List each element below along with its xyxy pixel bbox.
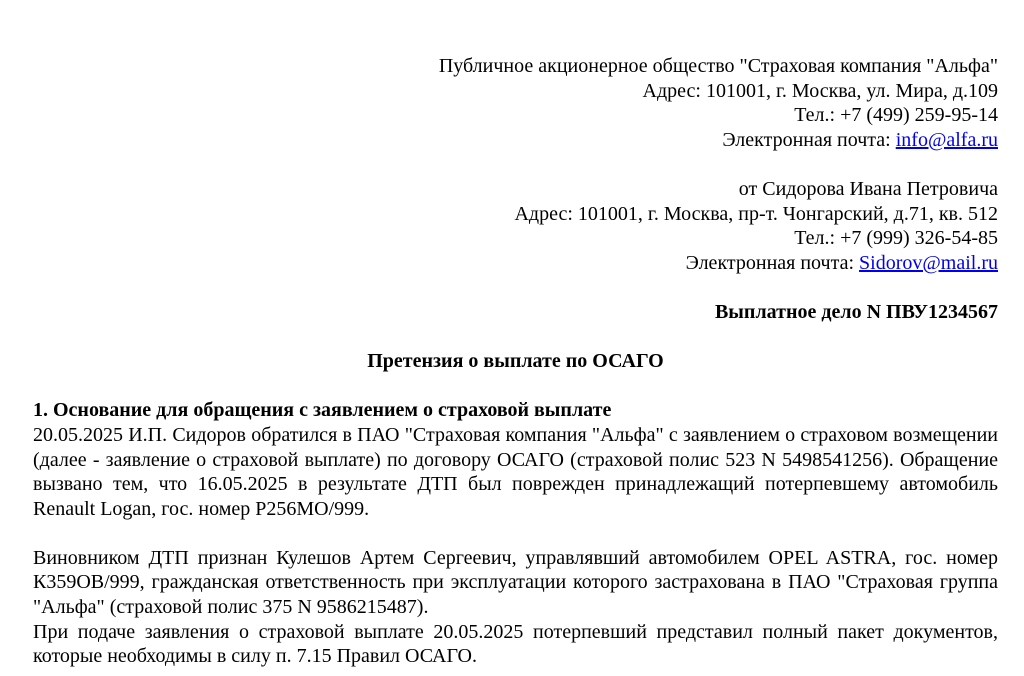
sender-email-link[interactable]: Sidorov@mail.ru: [859, 252, 998, 274]
recipient-name: Публичное акционерное общество "Страхова…: [33, 54, 998, 79]
sender-name: от Сидорова Ивана Петровича: [33, 177, 998, 202]
section-paragraph: 20.05.2025 И.П. Сидоров обратился в ПАО …: [33, 423, 998, 521]
sender-block: от Сидорова Ивана Петровича Адрес: 10100…: [33, 177, 998, 275]
sender-address: Адрес: 101001, г. Москва, пр-т. Чонгарск…: [33, 202, 998, 227]
recipient-address: Адрес: 101001, г. Москва, ул. Мира, д.10…: [33, 79, 998, 104]
spacer: [33, 325, 998, 350]
recipient-block: Публичное акционерное общество "Страхова…: [33, 54, 998, 152]
spacer: [33, 152, 998, 177]
recipient-email-link[interactable]: info@alfa.ru: [896, 129, 998, 151]
recipient-email-label: Электронная почта:: [722, 129, 895, 151]
sender-phone: Тел.: +7 (999) 326-54-85: [33, 226, 998, 251]
case-number: Выплатное дело N ПВУ1234567: [33, 300, 998, 325]
sender-email-label: Электронная почта:: [686, 252, 859, 274]
section-1: 1. Основание для обращения с заявлением …: [33, 398, 998, 669]
document-title: Претензия о выплате по ОСАГО: [33, 349, 998, 374]
section-paragraph: При подаче заявления о страховой выплате…: [33, 620, 998, 669]
spacer: [33, 521, 998, 546]
spacer: [33, 374, 998, 399]
sender-email-line: Электронная почта: Sidorov@mail.ru: [33, 251, 998, 276]
recipient-email-line: Электронная почта: info@alfa.ru: [33, 128, 998, 153]
document-page: Публичное акционерное общество "Страхова…: [33, 54, 998, 669]
section-heading: 1. Основание для обращения с заявлением …: [33, 398, 998, 423]
recipient-phone: Тел.: +7 (499) 259-95-14: [33, 103, 998, 128]
spacer: [33, 275, 998, 300]
section-paragraph: Виновником ДТП признан Кулешов Артем Сер…: [33, 546, 998, 620]
